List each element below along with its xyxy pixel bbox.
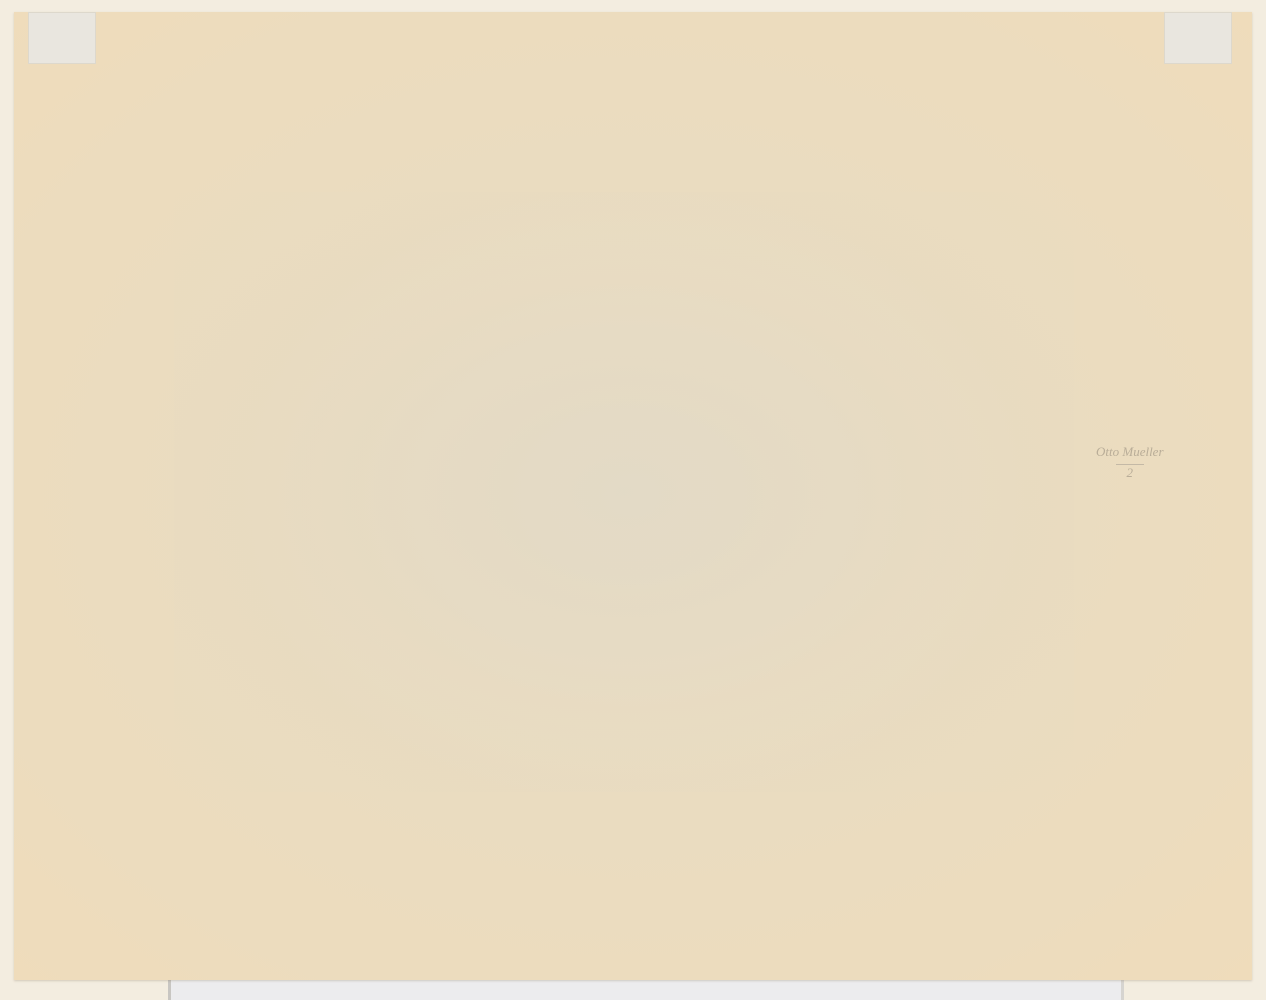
top-right-mounting-hinge (1164, 12, 1232, 64)
inscription-name: Otto Mueller (1096, 444, 1164, 459)
paper-sheet (14, 12, 1252, 980)
grey-mount-board (168, 978, 1124, 1000)
inscription-number: 2 (1116, 464, 1144, 481)
top-left-mounting-hinge (28, 12, 96, 64)
show-through-image-ghost (174, 192, 1074, 792)
pencil-inscription: Otto Mueller 2 (1096, 444, 1164, 481)
